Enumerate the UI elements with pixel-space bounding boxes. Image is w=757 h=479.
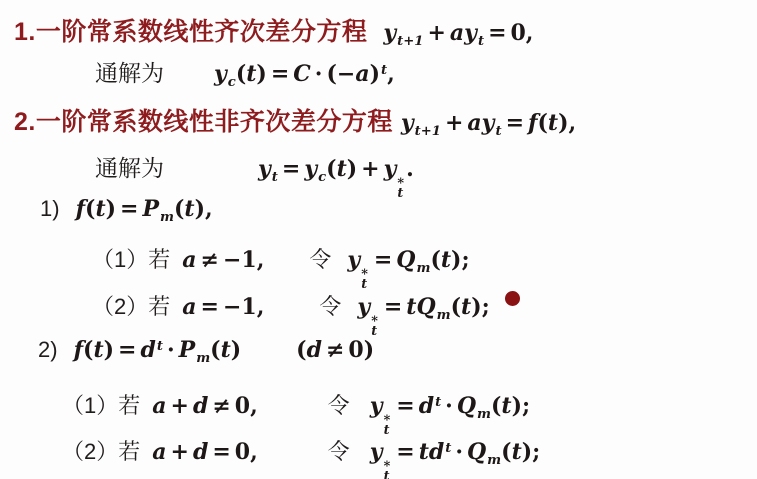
if-word: 若 (148, 290, 170, 321)
section2-general-solution-label: 通解为 (95, 150, 164, 183)
let-word: 令 (328, 435, 350, 466)
section1-general-solution-label: 通解为 (95, 55, 164, 88)
section1-general-solution: yc(t)=C·(−a)t, (214, 61, 395, 90)
section2-general-solution: yt=yc(t)+y*t. (258, 156, 414, 199)
if-word: 若 (118, 389, 140, 420)
section1-heading: 1.一阶常系数线性齐次差分方程 (14, 12, 367, 48)
let-word: 令 (309, 243, 331, 274)
case2-subcase1-row: （1） 若 a+d≠0, 令 y*t=dt·Qm(t); (62, 389, 530, 436)
case2-subcase2-label: （2） (62, 435, 118, 466)
case2-subcase2-condition: a+d=0, (152, 439, 258, 465)
if-word: 若 (118, 435, 140, 466)
case2-constraint: (d≠0) (296, 337, 374, 363)
case1-subcase1-expression: y*t=Qm(t); (347, 247, 469, 290)
case2-subcase2-row: （2） 若 a+d=0, 令 y*t=tdt·Qm(t); (62, 435, 540, 479)
case1-subcase2-expression: y*t=tQm(t); (357, 294, 489, 337)
let-word: 令 (328, 389, 350, 420)
section1-equation: yt+1+ayt=0, (383, 20, 533, 49)
laser-pointer-dot (505, 291, 520, 306)
case1-row: 1) f(t)=Pm(t), (40, 196, 213, 225)
case1-form: f(t)=Pm(t), (76, 196, 213, 225)
case2-subcase1-label: （1） (62, 389, 118, 420)
lecture-slide: 1.一阶常系数线性齐次差分方程 yt+1+ayt=0, 通解为 yc(t)=C·… (0, 0, 757, 479)
section2-heading-row: 2.一阶常系数线性非齐次差分方程 yt+1+ayt=f(t), (14, 102, 576, 139)
case2-subcase1-condition: a+d≠0, (152, 393, 258, 419)
case1-subcase2-condition: a=−1, (182, 294, 264, 320)
section1-heading-row: 1.一阶常系数线性齐次差分方程 yt+1+ayt=0, (14, 12, 533, 49)
case1-subcase1-label: （1） (92, 243, 148, 274)
section2-heading: 2.一阶常系数线性非齐次差分方程 (14, 102, 393, 138)
case2-label: 2) (38, 337, 58, 363)
section2-equation: yt+1+ayt=f(t), (401, 110, 576, 139)
let-word: 令 (319, 290, 341, 321)
case2-subcase2-expression: y*t=tdt·Qm(t); (370, 439, 540, 479)
case2-form: f(t)=dt·Pm(t) (74, 337, 242, 366)
case1-subcase1-condition: a≠−1, (182, 247, 264, 273)
case1-label: 1) (40, 196, 60, 222)
case2-subcase1-expression: y*t=dt·Qm(t); (370, 393, 530, 436)
if-word: 若 (148, 243, 170, 274)
section2-general-solution-row: 通解为 yt=yc(t)+y*t. (95, 150, 414, 199)
case1-subcase2-label: （2） (92, 290, 148, 321)
case1-subcase2-row: （2） 若 a=−1, 令 y*t=tQm(t); (92, 290, 490, 337)
case2-row: 2) f(t)=dt·Pm(t) (d≠0) (38, 337, 374, 366)
section1-general-solution-row: 通解为 yc(t)=C·(−a)t, (95, 55, 395, 90)
case1-subcase1-row: （1） 若 a≠−1, 令 y*t=Qm(t); (92, 243, 470, 290)
